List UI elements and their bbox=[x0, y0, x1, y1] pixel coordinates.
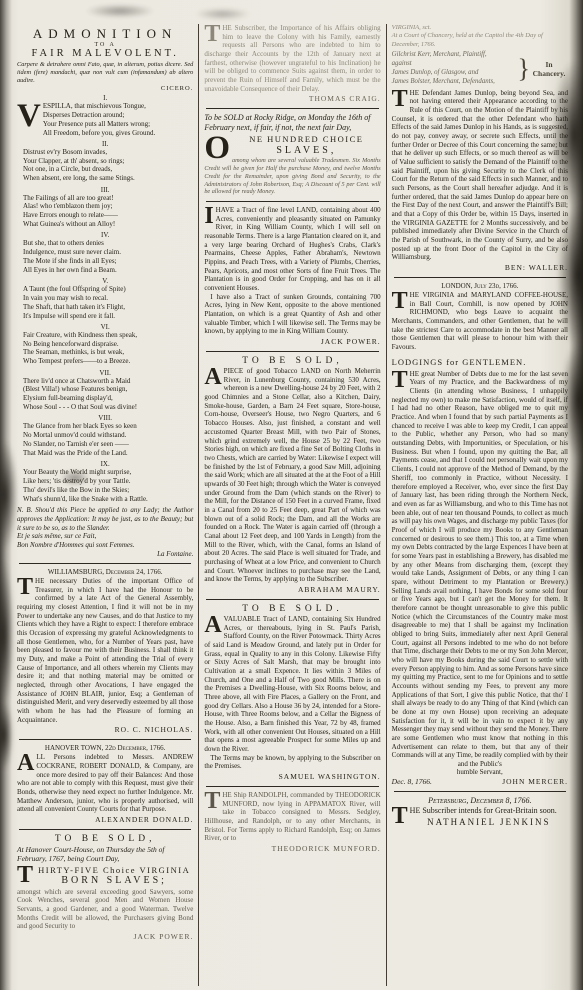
stanza-text: Distrust ev'ry Bosom invades, Your Clapp… bbox=[17, 148, 193, 183]
sale-display-line: BORN SLAVES; bbox=[17, 875, 193, 887]
dropcap: O bbox=[204, 134, 232, 161]
column-middle: THE Subscriber, the Importance of his Af… bbox=[198, 24, 385, 986]
stanza-text: ESPILLA, that mischievous Tongue, Disper… bbox=[17, 102, 193, 137]
stanza-text: Your Beauty the World might surprise, Li… bbox=[17, 468, 193, 503]
ad-body: The Terms may be known, by applying to t… bbox=[204, 754, 380, 771]
ad-body: HE Ship RANDOLPH, commanded by THEODORIC… bbox=[204, 791, 380, 842]
ad-body: HE VIRGINIA and MARYLAND COFFEE-HOUSE, i… bbox=[392, 291, 568, 351]
ad-body: amongst which are several exceeding good… bbox=[17, 888, 193, 931]
to-be-sold-heading: TO BE SOLD, bbox=[17, 834, 193, 844]
ad-body: HE great Number of Debts due to me for t… bbox=[392, 370, 568, 760]
dropcap: A bbox=[17, 753, 36, 773]
stanza-text: But she, that to others denies Indulgenc… bbox=[17, 239, 193, 274]
stanza-text: The Glance from her black Eyes so keen N… bbox=[17, 422, 193, 457]
chancery-parties: Gilchrist Kerr, Merchant, Plaintiff, aga… bbox=[392, 51, 518, 86]
stanza-number: VI. bbox=[17, 323, 193, 331]
signature: THOMAS CRAIG. bbox=[204, 94, 380, 103]
ad-body: I have also a Tract of sunken Grounds, c… bbox=[204, 293, 380, 336]
ad-jenkins-departure: Petersburg, December 8, 1766. THE Subscr… bbox=[392, 796, 568, 827]
ad-body: HE Defendant James Dunlop, being beyond … bbox=[392, 89, 568, 262]
signature-row: Dec. 8, 1766. JOHN MERCER. bbox=[392, 777, 568, 786]
ad-nicholas-treasurer: WILLIAMSBURG, December 24, 1766. THE nec… bbox=[17, 568, 193, 734]
columns-container: ADMONITION TO A FAIR MALEVOLENT. Carpere… bbox=[0, 0, 583, 990]
dropcap: T bbox=[392, 89, 410, 109]
dateline: Petersburg, December 8, 1766. bbox=[392, 796, 568, 805]
stanza-number: VII. bbox=[17, 369, 193, 377]
section-rule bbox=[19, 829, 191, 830]
ad-donald-debts: HANOVER TOWN, 22d December, 1766. ALL Pe… bbox=[17, 744, 193, 824]
poem-admonition: ADMONITION TO A FAIR MALEVOLENT. Carpere… bbox=[17, 26, 193, 558]
signature: THEODORICK MUNFORD. bbox=[204, 844, 380, 853]
dateline: WILLIAMSBURG, December 24, 1766. bbox=[17, 568, 193, 576]
dropcap: T bbox=[204, 791, 222, 811]
lodgings-heading: LODGINGS for GENTLEMEN. bbox=[392, 357, 568, 367]
dropcap: I bbox=[204, 206, 215, 226]
to-be-sold-heading: TO BE SOLD. bbox=[204, 604, 380, 614]
section-rule bbox=[206, 786, 378, 787]
signature: BEN: WALLER. bbox=[392, 263, 568, 272]
ad-body: among whom are several valuable Tradesme… bbox=[204, 157, 380, 196]
poem-nb-attribution: La Fontaine. bbox=[17, 550, 193, 558]
dropcap: A bbox=[204, 367, 223, 387]
ad-mercer-notice: THE great Number of Debts due to me for … bbox=[392, 370, 568, 786]
section-rule bbox=[19, 563, 191, 564]
in-chancery-label: In Chancery. bbox=[530, 60, 568, 78]
section-rule bbox=[206, 599, 378, 600]
signature: RO. C. NICHOLAS. bbox=[17, 725, 193, 734]
stanza-text: A Taunt (the foul Offspring of Spite) In… bbox=[17, 285, 193, 320]
newspaper-page-scan: ADMONITION TO A FAIR MALEVOLENT. Carpere… bbox=[0, 0, 583, 990]
stanza-text: The Failings of all are too great! Alas!… bbox=[17, 194, 193, 229]
section-rule bbox=[394, 277, 566, 278]
ad-body: VALUABLE Tract of LAND, containing Six H… bbox=[204, 615, 380, 753]
poem-french-lines: Et je sais même, sur ce Fait, Bon Nombre… bbox=[17, 532, 193, 550]
poem-epigraph: Carpere & detrahere omni Fato, quæ, in a… bbox=[17, 61, 193, 85]
brace-glyph: } bbox=[518, 56, 530, 82]
ad-body: HE Subscriber intends for Great-Britain … bbox=[410, 806, 557, 815]
section-rule bbox=[206, 351, 378, 352]
court-header: VIRGINIA, sct. At a Court of Chancery, h… bbox=[392, 24, 568, 49]
ad-body: HE necessary Duties of the important Off… bbox=[17, 577, 193, 724]
to-be-sold-heading: TO BE SOLD, bbox=[204, 356, 380, 366]
section-rule bbox=[19, 739, 191, 740]
signature: SAMUEL WASHINGTON. bbox=[204, 772, 380, 781]
dateline: HANOVER TOWN, 22d December, 1766. bbox=[17, 744, 193, 752]
signature: ABRAHAM MAURY. bbox=[204, 585, 380, 594]
dropcap: T bbox=[17, 865, 35, 885]
chancery-parties-block: Gilchrist Kerr, Merchant, Plaintiff, aga… bbox=[392, 51, 568, 86]
stanza-text: There liv'd once at Chatsworth a Maid (B… bbox=[17, 377, 193, 412]
ad-coffee-house: LONDON, July 23d, 1766. THE VIRGINIA and… bbox=[392, 282, 568, 352]
sale-subheading: At Hanover Court-House, on Thursday the … bbox=[17, 845, 193, 864]
ad-hanover-sale: TO BE SOLD, At Hanover Court-House, on T… bbox=[17, 834, 193, 941]
poem-title: ADMONITION bbox=[17, 26, 193, 42]
stanza-number: II. bbox=[17, 140, 193, 148]
dropcap: T bbox=[392, 806, 410, 826]
dropcap: T bbox=[17, 577, 35, 597]
section-rule bbox=[206, 201, 378, 202]
signature: ALEXANDER DONALD. bbox=[17, 815, 193, 824]
poem-epigraph-attribution: CICERO. bbox=[17, 85, 193, 92]
stanza-number: IV. bbox=[17, 231, 193, 239]
poem-title-fair-malevolent: FAIR MALEVOLENT. bbox=[17, 48, 193, 59]
sale-display-line: HIRTY-FIVE Choice VIRGINIA bbox=[17, 865, 193, 876]
dateline: LONDON, July 23d, 1766. bbox=[392, 282, 568, 290]
dropcap: T bbox=[392, 370, 410, 390]
stanza: V ESPILLA, that mischievous Tongue, Disp… bbox=[17, 102, 193, 137]
ad-washington-land: TO BE SOLD. AVALUABLE Tract of LAND, con… bbox=[204, 604, 380, 781]
stanza-number: V. bbox=[17, 277, 193, 285]
sale-heading: To be SOLD at Rocky Ridge, on Monday the… bbox=[204, 113, 380, 133]
ad-body: HAVE a Tract of fine level LAND, contain… bbox=[204, 206, 380, 292]
signature: JACK POWER. bbox=[204, 337, 380, 346]
column-right: VIRGINIA, sct. At a Court of Chancery, h… bbox=[386, 24, 573, 986]
signature: JOHN MERCER. bbox=[502, 777, 568, 786]
stanza-number: I. bbox=[17, 94, 193, 102]
dropcap: V bbox=[17, 102, 43, 129]
ad-maury-land: TO BE SOLD, APIECE of good Tobacco LAND … bbox=[204, 356, 380, 594]
stanza-number: IX. bbox=[17, 460, 193, 468]
signature: NATHANIEL JENKINS bbox=[392, 817, 568, 827]
ad-craig-notice: THE Subscriber, the Importance of his Af… bbox=[204, 24, 380, 103]
ad-chancery-order: VIRGINIA, sct. At a Court of Chancery, h… bbox=[392, 24, 568, 272]
dropcap: T bbox=[392, 291, 410, 311]
signature-date: Dec. 8, 1766. bbox=[392, 777, 432, 786]
ad-body: HE Subscriber, the Importance of his Aff… bbox=[204, 24, 380, 93]
ad-ship-randolph: THE Ship RANDOLPH, commanded by THEODORI… bbox=[204, 791, 380, 853]
closing-line: humble Servant, bbox=[392, 768, 568, 776]
stanza-number: VIII. bbox=[17, 414, 193, 422]
ad-power-land: IHAVE a Tract of fine level LAND, contai… bbox=[204, 206, 380, 346]
column-left: ADMONITION TO A FAIR MALEVOLENT. Carpere… bbox=[12, 24, 198, 986]
dropcap: T bbox=[204, 24, 222, 44]
ad-rocky-ridge-sale: To be SOLD at Rocky Ridge, on Monday the… bbox=[204, 113, 380, 196]
section-rule bbox=[394, 791, 566, 792]
poem-nota-bene: N. B. Shou'd this Piece be applied to an… bbox=[17, 506, 193, 532]
dropcap: A bbox=[204, 615, 223, 635]
ad-body: PIECE of good Tobacco LAND on North Mehe… bbox=[204, 367, 380, 583]
ad-body: LL Persons indebted to Messrs. ANDREW CO… bbox=[17, 753, 193, 813]
closing-line: and the Public's bbox=[392, 760, 568, 768]
section-rule bbox=[206, 108, 378, 109]
stanza-number: III. bbox=[17, 186, 193, 194]
signature: JACK POWER. bbox=[17, 932, 193, 941]
stanza-text: Fair Creature, with Kindness then speak,… bbox=[17, 331, 193, 366]
